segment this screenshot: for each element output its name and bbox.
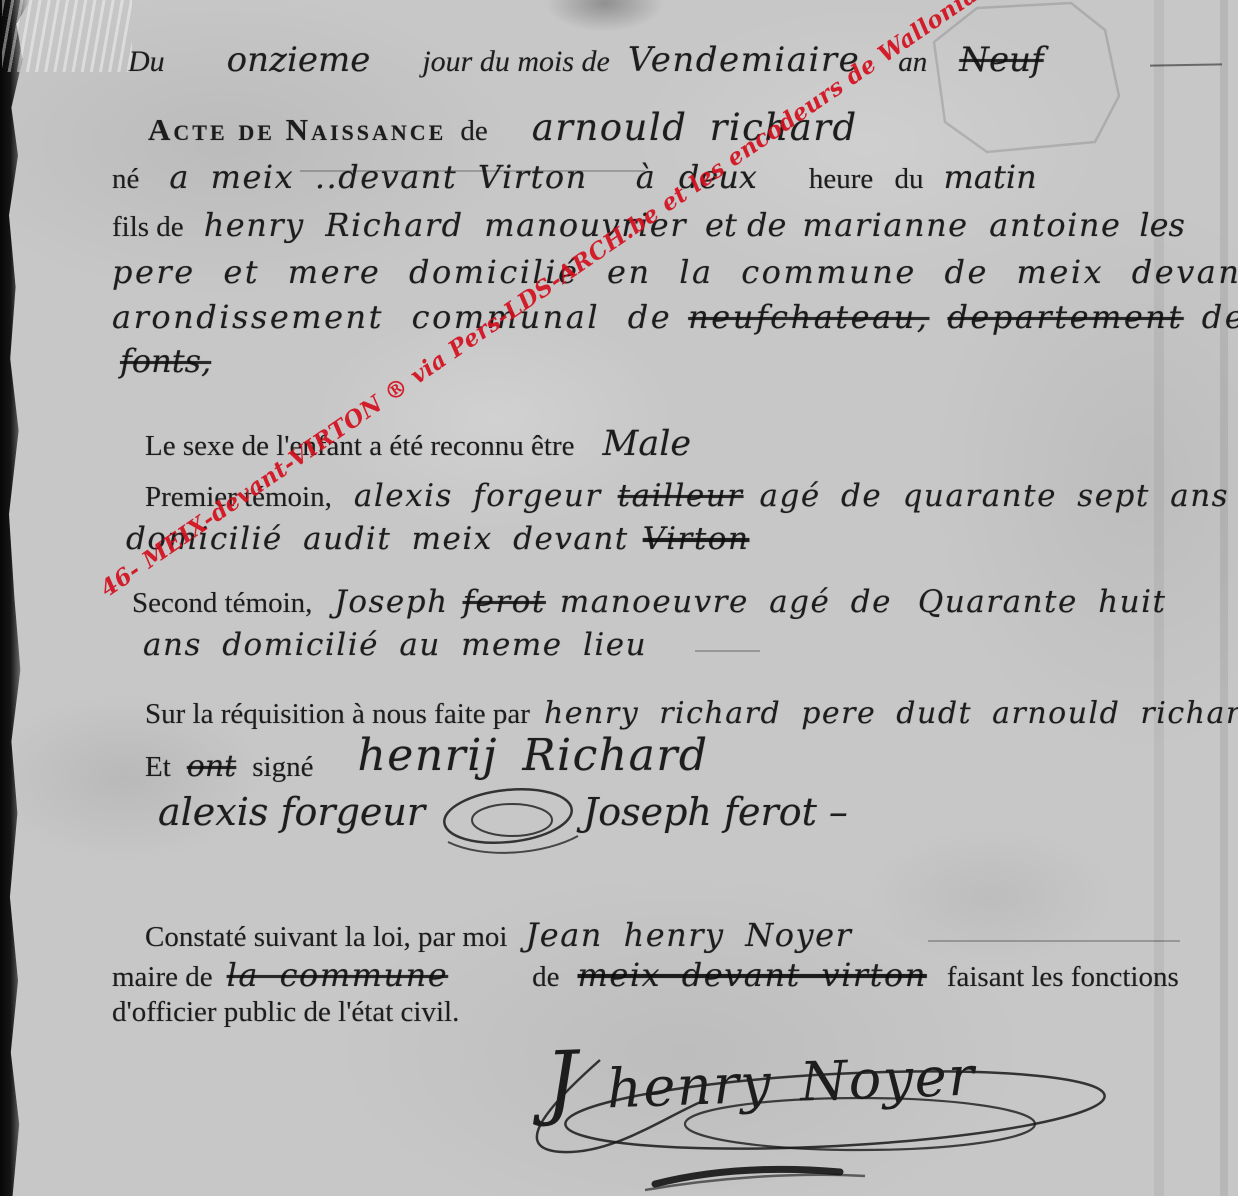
label-du: Du	[128, 45, 165, 78]
officier-line: d'officier public de l'état civil.	[112, 996, 459, 1029]
second-witness-surname-struck: ferot	[463, 584, 546, 620]
first-witness-residence-struck: Virton	[643, 521, 750, 557]
sex-label: Le sexe de l'enfant a été reconnu être	[145, 430, 575, 462]
mother-name-handwritten: marianne antoine	[802, 206, 1121, 244]
embossed-stamp-outline	[925, 0, 1125, 158]
label-month: jour du mois de	[422, 45, 610, 78]
label-ne: né	[112, 163, 139, 195]
scan-smudge	[545, 0, 665, 32]
father-signature: henrij Richard	[357, 730, 708, 781]
signature-flourish	[430, 780, 590, 865]
requisition-value-handwritten: henry richard pere dudt arnould richard	[544, 696, 1238, 731]
month-handwritten: Vendemiaire	[628, 40, 860, 80]
label-heure-du: heure du	[809, 163, 924, 195]
paper-fold-line	[1220, 0, 1228, 1196]
first-witness-occupation-handwritten: tailleur	[618, 478, 744, 514]
label-de: de	[532, 961, 559, 993]
arrondissement-handwritten: arondissement communal de	[112, 298, 672, 336]
arrondissement-line: arondissement communal de neufchateau, d…	[112, 298, 1238, 336]
signed-line: Et ont signé henrij Richard	[145, 736, 709, 787]
second-witness-residence-line: ans domicilié au meme lieu	[143, 627, 647, 663]
struck-ont: ont	[187, 749, 236, 784]
label-signe: signé	[252, 751, 313, 783]
witness1-signature: alexis forgeur	[158, 790, 425, 834]
struck-la-commune: la commune	[227, 956, 449, 994]
first-witness-name-handwritten: alexis forgeur	[354, 478, 602, 514]
paper-fold-line	[1154, 0, 1164, 1196]
second-witness-age-handwritten: Quarante huit	[918, 584, 1167, 620]
fill-line	[695, 650, 760, 652]
day-handwritten: onzieme	[227, 40, 371, 80]
second-witness-name-handwritten: Joseph	[334, 584, 448, 620]
birth-record-scan: Du onzieme jour du mois de Vendemiaire a…	[0, 0, 1238, 1196]
fill-line	[928, 940, 1180, 942]
second-witness-line: Second témoin, Joseph ferot manoeuvre ag…	[132, 584, 1167, 620]
scan-corner-streaks	[2, 0, 132, 72]
sex-line: Le sexe de l'enfant a été reconnu être M…	[145, 424, 691, 464]
second-witness-occupation-handwritten: manoeuvre agé de	[560, 584, 892, 620]
witness2-signature: Joseph ferot –	[583, 790, 848, 834]
mayor-signature: J henry Noyer	[543, 1021, 976, 1130]
birthplace-line: né a meix ..devant Virton à deux heure d…	[112, 158, 1037, 196]
label-fonctions: faisant les fonctions	[947, 961, 1179, 993]
departement-handwritten: departement	[947, 298, 1183, 336]
scan-left-edge-artifact	[0, 0, 30, 1196]
birthplace-handwritten: a meix ..devant Virton	[169, 158, 587, 196]
neufchateau-handwritten: neufchateau,	[688, 298, 929, 336]
fill-line	[300, 170, 645, 172]
first-witness-line: Premier témoin, alexis forgeur tailleur …	[145, 478, 1229, 514]
requisition-line: Sur la réquisition à nous faite par henr…	[145, 696, 1238, 731]
mayor-name-handwritten: Jean henry Noyer	[525, 916, 852, 954]
label-et: Et	[145, 751, 171, 783]
sex-value-handwritten: Male	[603, 424, 692, 464]
constat-label: Constaté suivant la loi, par moi	[145, 921, 507, 953]
label-et-de-handwritten: et de	[705, 206, 786, 244]
acte-de: de	[460, 115, 487, 147]
mayor-line: maire de la commune de meix devant virto…	[112, 956, 1179, 994]
second-witness-label: Second témoin,	[132, 587, 312, 619]
requisition-label: Sur la réquisition à nous faite par	[145, 698, 530, 730]
label-fils-de: fils de	[112, 211, 184, 243]
constat-line: Constaté suivant la loi, par moi Jean he…	[145, 916, 852, 954]
forets-line: fonts,	[120, 342, 211, 380]
birth-moment-handwritten: matin	[944, 158, 1037, 196]
label-maire-de: maire de	[112, 961, 213, 993]
struck-commune-name: meix devant virton	[578, 956, 927, 994]
acte-title: Acte de Naissance	[148, 112, 446, 147]
domicile-line: pere et mere domicilié en la commune de …	[112, 253, 1238, 291]
label-a-handwritten: à	[636, 158, 655, 196]
